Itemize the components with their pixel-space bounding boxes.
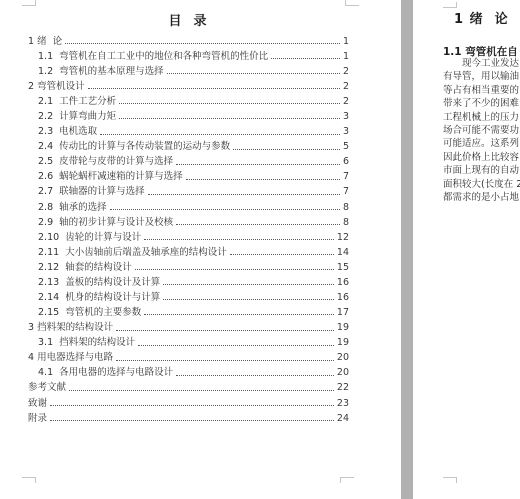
toc-entry[interactable]: 2.5 皮带轮与皮带的计算与选择 6 (28, 153, 349, 168)
toc-entry[interactable]: 2 弯管机设计 2 (28, 77, 349, 92)
toc-entry-page-number: 1 (343, 52, 349, 62)
dot-leader (144, 313, 334, 315)
toc-entry-page-number: 3 (343, 127, 349, 137)
toc-entry-page-number: 2 (343, 82, 349, 92)
toc-entry-page-number: 12 (337, 233, 349, 243)
toc-entry-label: 2.7 联轴器的计算与选择 (38, 187, 145, 197)
toc-entry-label: 2.2 计算弯曲力矩 (38, 112, 116, 122)
body-line: 有导管，用以输油 (443, 70, 520, 83)
body-line: 面积较大(长度在 2 (443, 178, 520, 191)
toc-entry-label: 1.2 弯管机的基本原理与选择 (38, 67, 164, 77)
dot-leader (163, 298, 334, 300)
toc-entry[interactable]: 2.6 蜗轮蜗杆减速箱的计算与选择 7 (28, 168, 349, 183)
toc-entry[interactable]: 2.3 电机选取 3 (28, 122, 349, 137)
dot-leader (50, 404, 334, 406)
body-line: 市面上现有的自动 (443, 164, 520, 177)
toc-entry-label: 1.1 弯管机在自工工业中的地位和各种弯管机的性价比 (38, 52, 268, 62)
toc-entry-label: 2.12 轴套的结构设计 (38, 263, 132, 273)
toc-entry-label: 2.1 工件工艺分析 (38, 97, 116, 107)
toc-entry[interactable]: 2.12 轴套的结构设计 15 (28, 258, 349, 273)
toc-entry-page-number: 16 (337, 278, 349, 288)
toc-entry-page-number: 16 (337, 293, 349, 303)
toc-entry-page-number: 19 (337, 338, 349, 348)
toc-entry-page-number: 8 (343, 203, 349, 213)
margin-mark-right-page-bottom (443, 477, 457, 483)
dot-leader (176, 374, 334, 376)
body-line: 等占有相当重要的 (443, 84, 520, 97)
body-line: 可能适应。这系列 (443, 137, 520, 150)
toc-entry-label: 3.1 挡料架的结构设计 (38, 338, 135, 348)
toc-entry-page-number: 2 (343, 67, 349, 77)
toc-entry-label: 2.6 蜗轮蜗杆减速箱的计算与选择 (38, 172, 183, 182)
toc-entry[interactable]: 附录 24 (28, 409, 349, 424)
margin-mark-top-left (22, 0, 36, 6)
toc-entry-page-number: 19 (337, 323, 349, 333)
toc-entry-page-number: 24 (337, 414, 349, 424)
margin-mark-bottom-left (22, 477, 36, 483)
dot-leader (138, 344, 334, 346)
toc-entry[interactable]: 4.1 各用电器的选择与电路设计 20 (28, 364, 349, 379)
toc-entry-page-number: 7 (343, 187, 349, 197)
dot-leader (176, 163, 340, 165)
toc-entry-label: 参考文献 (28, 383, 66, 393)
toc-entry-page-number: 20 (337, 353, 349, 363)
toc-entry-page-number: 7 (343, 172, 349, 182)
toc-entry[interactable]: 2.10 齿轮的计算与设计 12 (28, 228, 349, 243)
toc-entry[interactable]: 4 用电器选择与电路 20 (28, 349, 349, 364)
toc-entry[interactable]: 2.8 轴承的选择 8 (28, 198, 349, 213)
toc-entry[interactable]: 1 绪 论 1 (28, 32, 349, 47)
toc-entry[interactable]: 1.1 弯管机在自工工业中的地位和各种弯管机的性价比 1 (28, 47, 349, 62)
dot-leader (148, 193, 340, 195)
dot-leader (119, 117, 340, 119)
chapter-heading: 1 绪 论 (454, 8, 509, 27)
dot-leader (233, 148, 340, 150)
toc-entry[interactable]: 1.2 弯管机的基本原理与选择 2 (28, 62, 349, 77)
toc-entry-label: 2.11 大小齿轴前后端盖及轴承座的结构设计 (38, 248, 227, 258)
dot-leader (230, 253, 334, 255)
toc-entry-label: 2.15 弯管机的主要参数 (38, 308, 141, 318)
page-gap (401, 0, 413, 499)
toc-entry-page-number: 14 (337, 248, 349, 258)
toc-entry-label: 3 挡料架的结构设计 (28, 323, 113, 333)
toc-entry-page-number: 3 (343, 112, 349, 122)
body-line: 场合可能不需要功 (443, 124, 520, 137)
toc-entry-label: 致谢 (28, 399, 47, 409)
toc-entry-page-number: 1 (343, 37, 349, 47)
toc-entry-page-number: 15 (337, 263, 349, 273)
toc-entry-label: 4 用电器选择与电路 (28, 353, 113, 363)
dot-leader (135, 268, 334, 270)
toc-entry-label: 2.13 盖板的结构设计及计算 (38, 278, 160, 288)
dot-leader (163, 283, 334, 285)
toc-entry[interactable]: 2.14 机身的结构设计与计算 16 (28, 288, 349, 303)
toc-entry[interactable]: 2.7 联轴器的计算与选择 7 (28, 183, 349, 198)
toc-entry-page-number: 6 (343, 157, 349, 167)
body-line: 都需求的是小占地 (443, 191, 520, 204)
toc-entry[interactable]: 3.1 挡料架的结构设计 19 (28, 334, 349, 349)
toc-entry-page-number: 23 (337, 399, 349, 409)
dot-leader (69, 389, 334, 391)
toc-entry[interactable]: 3 挡料架的结构设计 19 (28, 318, 349, 333)
dot-leader (271, 57, 340, 59)
toc-entry-label: 2.8 轴承的选择 (38, 203, 107, 213)
toc-entry-page-number: 22 (337, 383, 349, 393)
toc-entry[interactable]: 参考文献 22 (28, 379, 349, 394)
toc-entry[interactable]: 2.13 盖板的结构设计及计算 16 (28, 273, 349, 288)
dot-leader (110, 208, 340, 210)
body-line: 带来了不少的困难 (443, 97, 520, 110)
toc-entry-page-number: 5 (343, 142, 349, 152)
chapter-page: 1 绪 论 1.1 弯管机在自 现今工业发达有导管，用以输油等占有相当重要的带来… (413, 0, 520, 499)
body-line: 现今工业发达 (443, 57, 520, 70)
toc-entry-label: 2 弯管机设计 (28, 82, 85, 92)
toc-entry-label: 2.3 电机选取 (38, 127, 97, 137)
dot-leader (65, 42, 340, 44)
toc-entry-page-number: 8 (343, 218, 349, 228)
toc-entry[interactable]: 2.9 轴的初步计算与设计及校核 8 (28, 213, 349, 228)
toc-entry-label: 4.1 各用电器的选择与电路设计 (38, 368, 173, 378)
dot-leader (167, 72, 340, 74)
dot-leader (144, 238, 334, 240)
body-line: 因此价格上比较容 (443, 151, 520, 164)
toc-entry-label: 1 绪 论 (28, 37, 62, 47)
toc-entry-page-number: 17 (337, 308, 349, 318)
toc-entry-label: 2.9 轴的初步计算与设计及校核 (38, 218, 173, 228)
toc-entry-page-number: 2 (343, 97, 349, 107)
toc-entry[interactable]: 2.2 计算弯曲力矩 3 (28, 107, 349, 122)
toc-entry-page-number: 20 (337, 368, 349, 378)
dot-leader (176, 223, 340, 225)
margin-mark-top-right (345, 0, 359, 6)
toc-entry[interactable]: 致谢 23 (28, 394, 349, 409)
dot-leader (116, 359, 334, 361)
toc-entry-label: 2.4 传动比的计算与各传动装置的运动与参数 (38, 142, 230, 152)
toc-entry[interactable]: 2.1 工件工艺分析 2 (28, 92, 349, 107)
toc-entry[interactable]: 2.4 传动比的计算与各传动装置的运动与参数 5 (28, 138, 349, 153)
dot-leader (119, 102, 340, 104)
dot-leader (100, 133, 340, 135)
toc-entry-label: 附录 (28, 414, 47, 424)
dot-leader (50, 419, 334, 421)
margin-mark-right-page-top (443, 2, 457, 8)
body-line: 工程机械上的压力 (443, 111, 520, 124)
margin-mark-bottom-right (340, 477, 354, 483)
dot-leader (186, 178, 340, 180)
toc-entry-label: 2.10 齿轮的计算与设计 (38, 233, 141, 243)
toc-list: 1 绪 论 1 1.1 弯管机在自工工业中的地位和各种弯管机的性价比 1 1.2… (28, 32, 349, 424)
toc-entry[interactable]: 2.11 大小齿轴前后端盖及轴承座的结构设计 14 (28, 243, 349, 258)
toc-title: 目 录 (28, 10, 348, 29)
body-paragraph: 现今工业发达有导管，用以输油等占有相当重要的带来了不少的困难工程机械上的压力场合… (443, 57, 520, 204)
toc-page: 目 录 1 绪 论 1 1.1 弯管机在自工工业中的地位和各种弯管机的性价比 1… (0, 0, 401, 499)
toc-entry-label: 2.14 机身的结构设计与计算 (38, 293, 160, 303)
toc-entry-label: 2.5 皮带轮与皮带的计算与选择 (38, 157, 173, 167)
dot-leader (116, 329, 334, 331)
dot-leader (88, 87, 340, 89)
toc-entry[interactable]: 2.15 弯管机的主要参数 17 (28, 303, 349, 318)
